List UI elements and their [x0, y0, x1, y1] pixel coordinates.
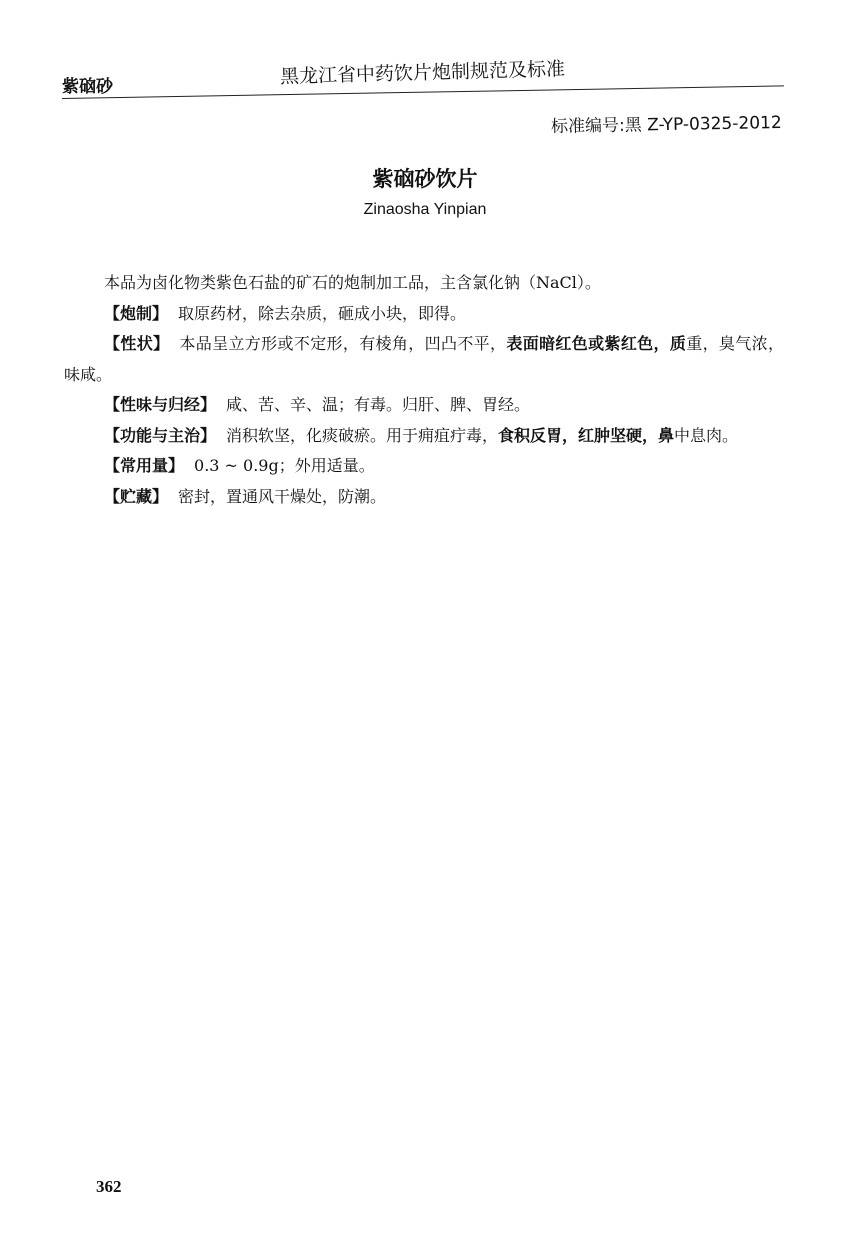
section-label: 【性状】	[104, 334, 169, 353]
doc-subtitle-pinyin: Zinaosha Yinpian	[0, 201, 850, 219]
section-text: 0.3 ~ 0.9g；外用适量。	[194, 456, 375, 475]
section-text-cont: 中息肉。	[674, 426, 738, 445]
section-label: 【贮藏】	[104, 487, 168, 506]
section-text: 取原药材，除去杂质，砸成小块，即得。	[178, 304, 466, 323]
standard-number: 标准编号:黑 Z-YP-0325-2012	[551, 108, 782, 137]
body-text: 本品为卤化物类紫色石盐的矿石的炮制加工品，主含氯化钠（NaCl）。 【炮制】取原…	[64, 268, 784, 512]
section-label: 【功能与主治】	[104, 426, 216, 445]
doc-title: 紫硇砂饮片	[0, 163, 850, 193]
section-processing: 【炮制】取原药材，除去杂质，砸成小块，即得。	[64, 299, 784, 330]
section-label: 【常用量】	[104, 456, 184, 475]
intro-paragraph: 本品为卤化物类紫色石盐的矿石的炮制加工品，主含氯化钠（NaCl）。	[64, 268, 784, 299]
page-number: 362	[96, 1177, 122, 1197]
section-text-bold: 食积反胃，红肿坚硬，鼻	[498, 426, 674, 445]
section-text-bold: 表面暗红色或紫红色，质	[506, 334, 686, 353]
page-header: 紫硇砂 黑龙江省中药饮片炮制规范及标准	[62, 60, 782, 104]
section-label: 【性味与归经】	[104, 395, 216, 414]
header-rule	[62, 85, 784, 99]
section-dosage: 【常用量】0.3 ~ 0.9g；外用适量。	[64, 451, 784, 482]
running-head-left: 紫硇砂	[62, 72, 113, 97]
section-characteristics: 【性状】本品呈立方形或不定形，有棱角，凹凸不平，表面暗红色或紫红色，质重，臭气浓…	[64, 329, 784, 390]
section-storage: 【贮藏】密封，置通风干燥处，防潮。	[64, 482, 784, 513]
section-functions-indications: 【功能与主治】消积软坚，化痰破瘀。用于痈疽疔毒，食积反胃，红肿坚硬，鼻中息肉。	[64, 421, 784, 452]
running-head-book-title: 黑龙江省中药饮片炮制规范及标准	[280, 54, 566, 89]
section-label: 【炮制】	[104, 304, 168, 323]
section-text: 本品呈立方形或不定形，有棱角，凹凸不平，	[179, 334, 506, 353]
section-text: 密封，置通风干燥处，防潮。	[178, 487, 386, 506]
section-text: 咸、苦、辛、温；有毒。归肝、脾、胃经。	[226, 395, 530, 414]
section-text: 消积软坚，化痰破瘀。用于痈疽疔毒，	[226, 426, 498, 445]
section-nature-meridian: 【性味与归经】咸、苦、辛、温；有毒。归肝、脾、胃经。	[64, 390, 784, 421]
